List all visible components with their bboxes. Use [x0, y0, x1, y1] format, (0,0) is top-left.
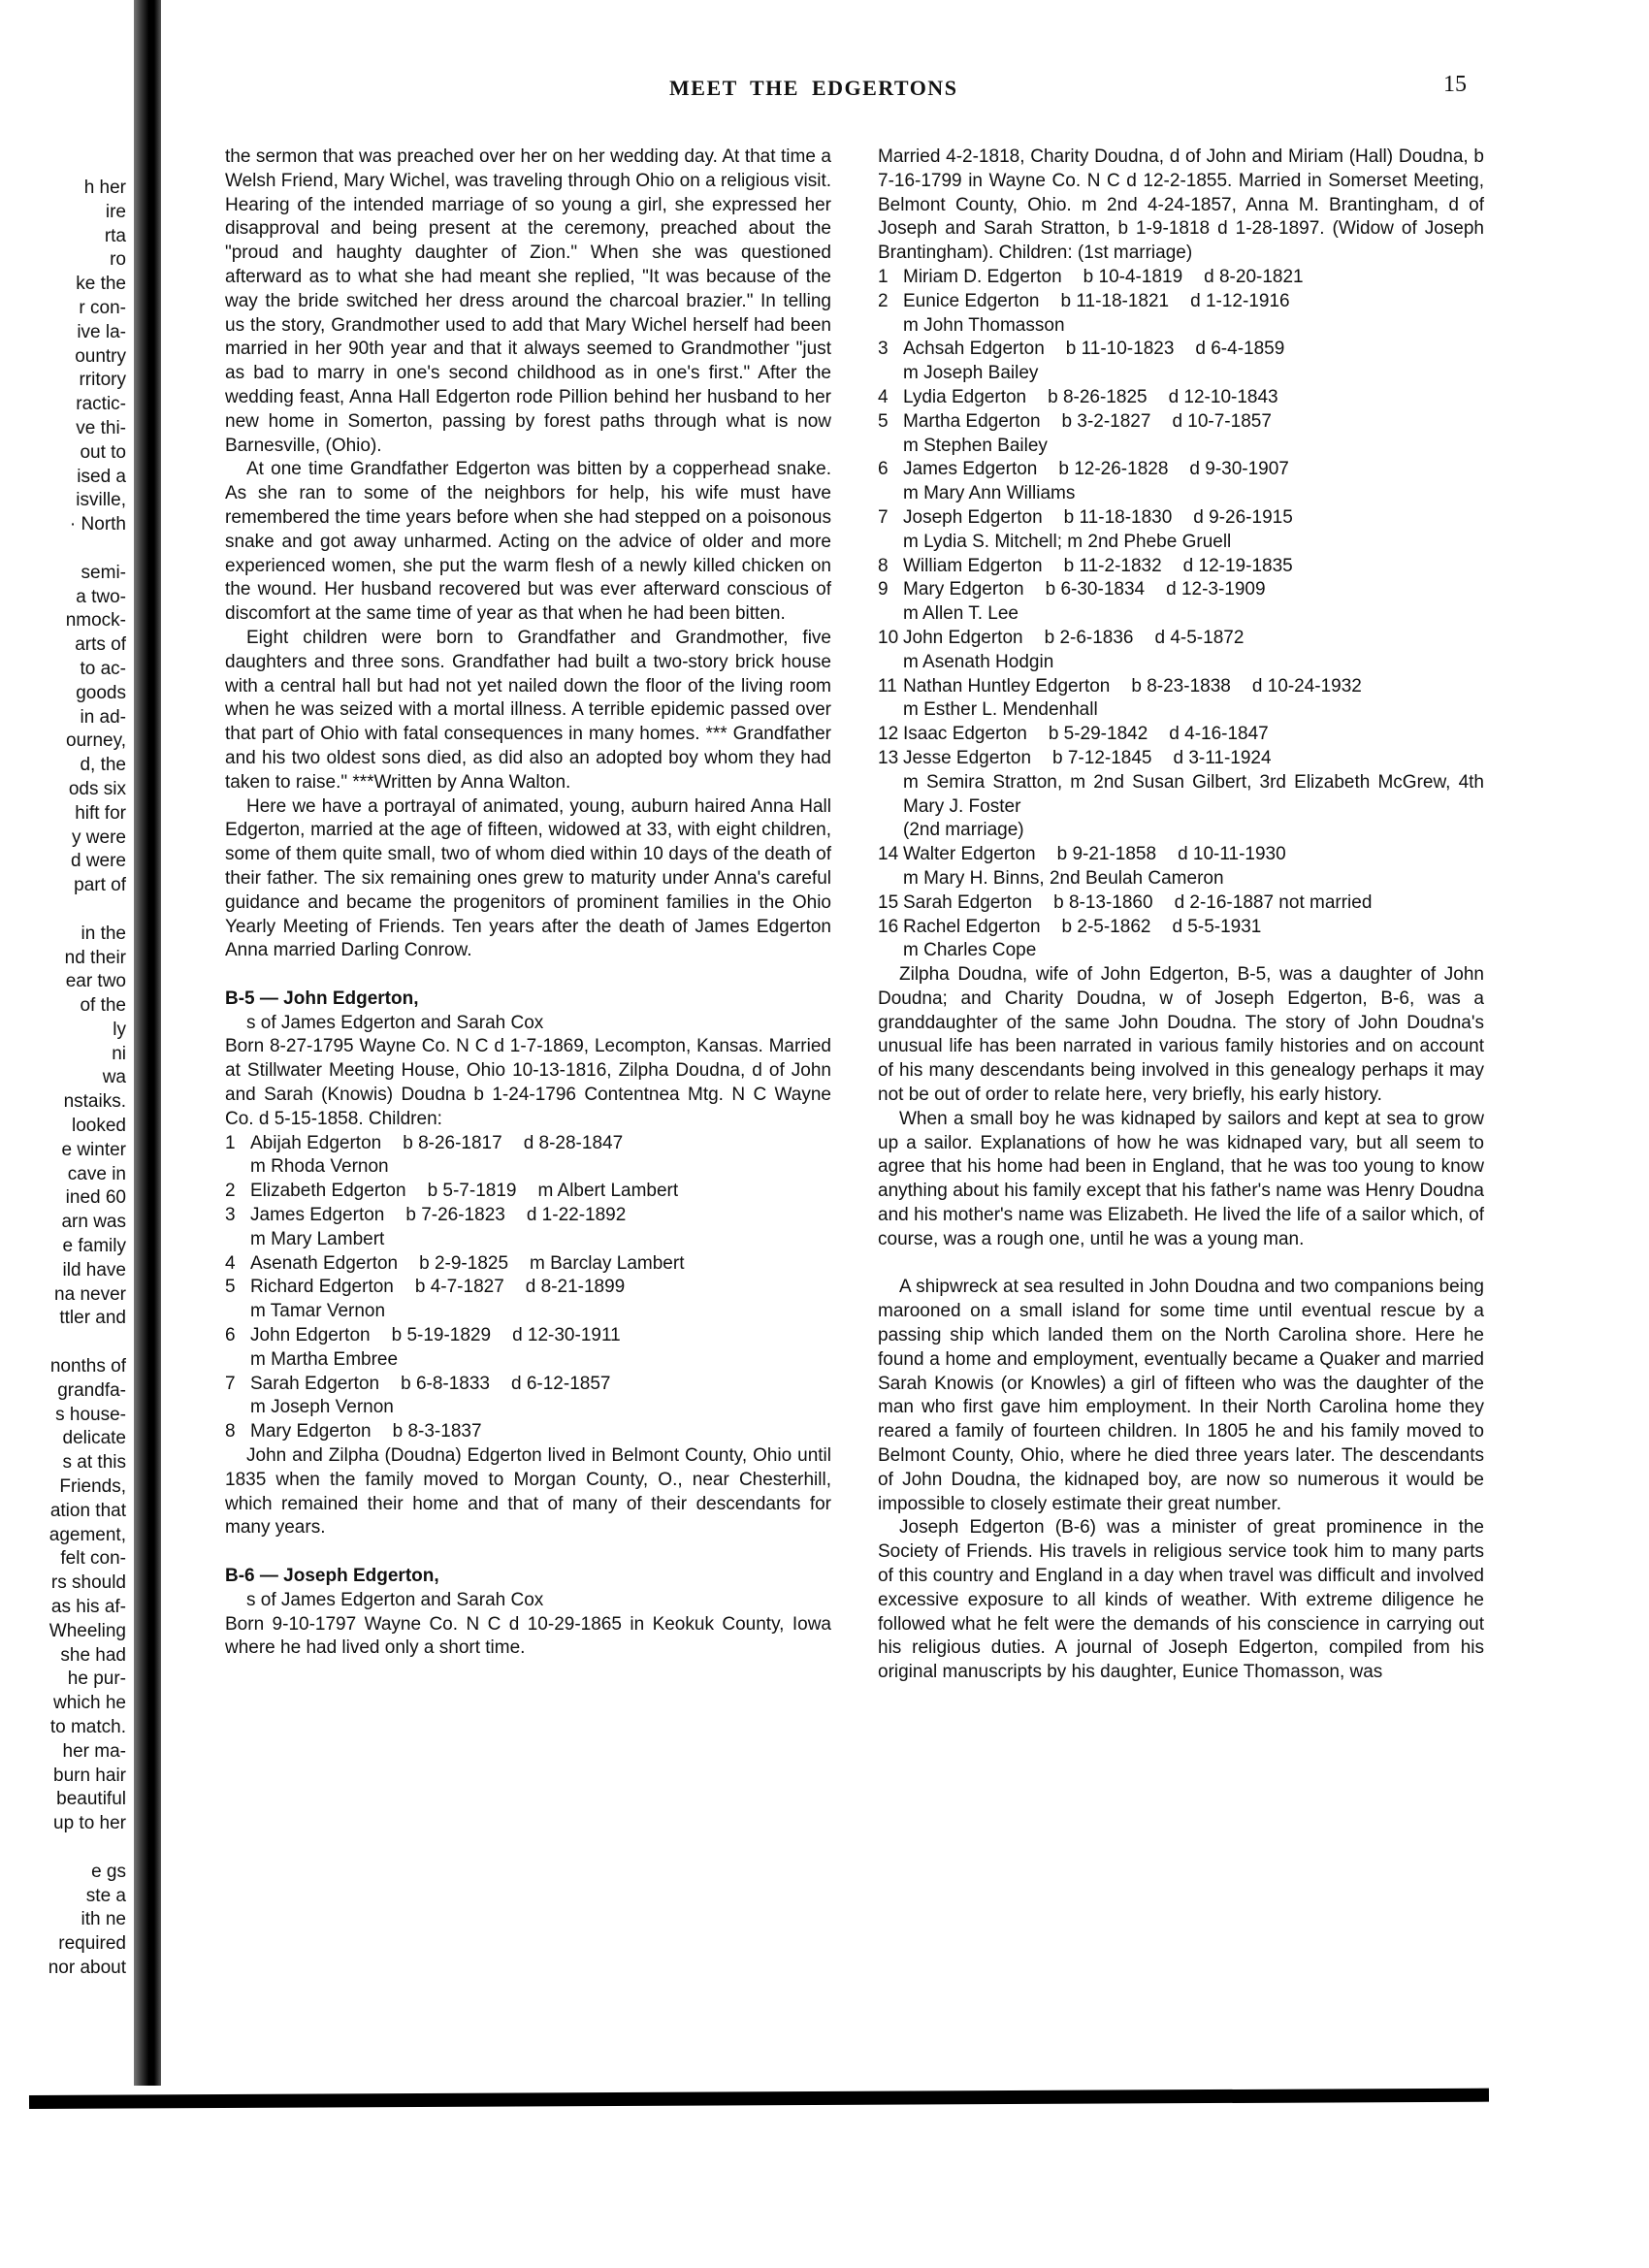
- child-spouse: m Allen T. Lee: [878, 602, 1484, 627]
- margin-fragment: ni: [0, 1043, 126, 1067]
- margin-fragment: burn hair: [0, 1765, 126, 1789]
- child-entry: 4Asenath Edgertonb 2-9-1825m Barclay Lam…: [225, 1252, 831, 1277]
- child-death-date: d 8-21-1899: [526, 1276, 625, 1300]
- running-head-title: MEET THE EDGERTONS: [669, 76, 957, 101]
- child-birth-date: b 11-18-1821: [1061, 290, 1170, 314]
- child-entry: 5Martha Edgertonb 3-2-1827d 10-7-1857: [878, 410, 1484, 435]
- child-death-date: d 5-5-1931: [1172, 916, 1261, 940]
- bottom-rule-line: [29, 2089, 1489, 2109]
- margin-fragment: goods: [0, 682, 126, 706]
- margin-fragment: ild have: [0, 1259, 126, 1283]
- child-name: Richard Edgerton: [250, 1276, 394, 1300]
- margin-fragment: felt con-: [0, 1547, 126, 1571]
- child-entry: 3James Edgertonb 7-26-1823d 1-22-1892: [225, 1204, 831, 1228]
- margin-fragment: rritory: [0, 369, 126, 393]
- margin-fragment: ve thi-: [0, 417, 126, 441]
- margin-fragment: arn was: [0, 1211, 126, 1235]
- margin-fragment: Friends,: [0, 1475, 126, 1500]
- child-entry: 10John Edgertonb 2-6-1836d 4-5-1872: [878, 627, 1484, 651]
- child-number: 15: [878, 891, 903, 916]
- child-name: Achsah Edgerton: [903, 338, 1045, 362]
- child-name: Mary Edgerton: [250, 1420, 372, 1444]
- child-number: 11: [878, 675, 903, 699]
- child-death-date: d 3-11-1924: [1174, 747, 1272, 771]
- child-spouse: m Stephen Bailey: [878, 435, 1484, 459]
- margin-fragment: Wheeling: [0, 1620, 126, 1644]
- margin-fragment: in ad-: [0, 706, 126, 730]
- section-b6: B-6 — Joseph Edgerton, s of James Edgert…: [225, 1565, 831, 1661]
- margin-fragment: in the: [0, 923, 126, 947]
- child-birth-date: b 9-21-1858: [1057, 843, 1156, 867]
- child-birth-date: b 11-2-1832: [1064, 555, 1162, 579]
- margin-fragment: as his af-: [0, 1596, 126, 1620]
- child-number: 16: [878, 916, 903, 940]
- children-paragraph: Eight children were born to Grandfather …: [225, 627, 831, 795]
- child-birth-date: b 2-9-1825: [419, 1252, 508, 1277]
- child-number: 1: [225, 1132, 250, 1156]
- page-number: 15: [1443, 72, 1467, 98]
- margin-fragment: grandfa-: [0, 1379, 126, 1404]
- margin-fragment: na never: [0, 1283, 126, 1308]
- child-number: 6: [878, 458, 903, 482]
- margin-fragment: wa: [0, 1066, 126, 1090]
- margin-fragment: arts of: [0, 633, 126, 658]
- child-name: John Edgerton: [903, 627, 1023, 651]
- child-name: Mary Edgerton: [903, 578, 1024, 602]
- margin-fragment: a two-: [0, 586, 126, 610]
- child-birth-date: b 8-26-1817: [403, 1132, 501, 1156]
- child-number: 4: [225, 1252, 250, 1277]
- child-death-date: d 10-7-1857: [1172, 410, 1271, 435]
- child-name: Rachel Edgerton: [903, 916, 1041, 940]
- child-birth-date: b 4-7-1827: [415, 1276, 504, 1300]
- margin-fragment: to match.: [0, 1716, 126, 1740]
- margin-fragment: isville,: [0, 489, 126, 513]
- child-spouse: m John Thomasson: [878, 314, 1484, 339]
- margin-fragment: ation that: [0, 1500, 126, 1524]
- child-death-date: d 8-28-1847: [524, 1132, 623, 1156]
- child-name: Isaac Edgerton: [903, 723, 1027, 747]
- child-number: 13: [878, 747, 903, 771]
- child-birth-date: b 2-6-1836: [1045, 627, 1134, 651]
- child-entry: 8Mary Edgertonb 8-3-1837: [225, 1420, 831, 1444]
- child-entry: 11Nathan Huntley Edgertonb 8-23-1838d 10…: [878, 675, 1484, 699]
- child-death-date: d 6-4-1859: [1195, 338, 1284, 362]
- child-death-date: d 12-30-1911: [512, 1324, 621, 1348]
- second-marriage-label: (2nd marriage): [878, 819, 1484, 843]
- margin-fragment: [0, 1331, 126, 1355]
- margin-fragment: d, the: [0, 754, 126, 778]
- child-spouse: m Joseph Vernon: [225, 1396, 831, 1420]
- joseph-ministry-paragraph: Joseph Edgerton (B-6) was a minister of …: [878, 1516, 1484, 1685]
- margin-fragment: ractic-: [0, 393, 126, 417]
- margin-fragment: cave in: [0, 1163, 126, 1187]
- margin-fragment: e gs: [0, 1861, 126, 1885]
- b6-parents: s of James Edgerton and Sarah Cox: [225, 1589, 831, 1613]
- margin-fragment: nmock-: [0, 609, 126, 633]
- shipwreck-paragraph: A shipwreck at sea resulted in John Doud…: [878, 1276, 1484, 1516]
- margin-fragment: [0, 537, 126, 562]
- b5-children-list: 1Abijah Edgertonb 8-26-1817d 8-28-1847m …: [225, 1132, 831, 1444]
- margin-fragment: h her: [0, 177, 126, 201]
- child-entry: 14Walter Edgertonb 9-21-1858d 10-11-1930: [878, 843, 1484, 867]
- margin-fragment: ire: [0, 201, 126, 225]
- child-name: Miriam D. Edgerton: [903, 266, 1062, 290]
- child-entry: 5Richard Edgertonb 4-7-1827d 8-21-1899: [225, 1276, 831, 1300]
- child-name: Joseph Edgerton: [903, 506, 1043, 531]
- child-number: 7: [225, 1373, 250, 1397]
- margin-fragment: ke the: [0, 273, 126, 297]
- margin-fragment: ined 60: [0, 1186, 126, 1211]
- margin-fragment: d were: [0, 850, 126, 874]
- child-number: 1: [878, 266, 903, 290]
- child-entry: 8William Edgertonb 11-2-1832d 12-19-1835: [878, 555, 1484, 579]
- child-birth-date: b 8-3-1837: [393, 1420, 482, 1444]
- margin-fragment: he pur-: [0, 1668, 126, 1692]
- child-birth-date: b 8-26-1825: [1048, 386, 1147, 410]
- section-heading-b6: B-6 — Joseph Edgerton,: [225, 1565, 831, 1589]
- margin-fragment: s at this: [0, 1451, 126, 1475]
- margin-fragment: [0, 898, 126, 923]
- child-number: 14: [878, 843, 903, 867]
- child-name: Martha Edgerton: [903, 410, 1041, 435]
- child-number: 3: [878, 338, 903, 362]
- child-death-date: d 8-20-1821: [1204, 266, 1303, 290]
- margin-fragment: out to: [0, 441, 126, 466]
- margin-fragment: y were: [0, 826, 126, 851]
- child-name: Asenath Edgerton: [250, 1252, 398, 1277]
- child-death-date: m Albert Lambert: [537, 1180, 678, 1204]
- child-death-date: m Barclay Lambert: [530, 1252, 684, 1277]
- child-birth-date: b 7-26-1823: [405, 1204, 504, 1228]
- child-birth-date: b 3-2-1827: [1062, 410, 1151, 435]
- child-name: John Edgerton: [250, 1324, 371, 1348]
- margin-fragment: of the: [0, 994, 126, 1019]
- child-name: Lydia Edgerton: [903, 386, 1026, 410]
- child-spouse: m Lydia S. Mitchell; m 2nd Phebe Gruell: [878, 531, 1484, 555]
- child-name: Elizabeth Edgerton: [250, 1180, 406, 1204]
- child-number: 10: [878, 627, 903, 651]
- b5-details: Born 8-27-1795 Wayne Co. N C d 1-7-1869,…: [225, 1035, 831, 1131]
- margin-fragment: nd their: [0, 947, 126, 971]
- child-number: 2: [225, 1180, 250, 1204]
- kidnap-paragraph: When a small boy he was kidnaped by sail…: [878, 1108, 1484, 1252]
- child-number: 8: [225, 1420, 250, 1444]
- margin-fragment: delicate: [0, 1427, 126, 1451]
- b6-marriage-details: Married 4-2-1818, Charity Doudna, d of J…: [878, 146, 1484, 266]
- child-number: 9: [878, 578, 903, 602]
- margin-fragment: which he: [0, 1692, 126, 1716]
- child-birth-date: b 7-12-1845: [1052, 747, 1151, 771]
- margin-fragment: e family: [0, 1235, 126, 1259]
- section-heading-b5: B-5 — John Edgerton,: [225, 988, 831, 1012]
- child-name: Abijah Edgerton: [250, 1132, 381, 1156]
- margin-fragment: ourney,: [0, 729, 126, 754]
- child-spouse: m Mary H. Binns, 2nd Beulah Cameron: [878, 867, 1484, 891]
- child-entry: 1Miriam D. Edgertonb 10-4-1819d 8-20-182…: [878, 266, 1484, 290]
- child-birth-date: b 12-26-1828: [1058, 458, 1168, 482]
- adjacent-page-margin-fragments: h herirertaroke ther con-ive la-ountryrr…: [0, 177, 126, 1981]
- margin-fragment: ountry: [0, 345, 126, 370]
- child-entry: 3Achsah Edgertonb 11-10-1823d 6-4-1859: [878, 338, 1484, 362]
- child-spouse: m Mary Ann Williams: [878, 482, 1484, 506]
- child-name: Sarah Edgerton: [903, 891, 1032, 916]
- margin-fragment: nonths of: [0, 1355, 126, 1379]
- margin-fragment: e winter: [0, 1139, 126, 1163]
- zilpha-paragraph: Zilpha Doudna, wife of John Edgerton, B-…: [878, 963, 1484, 1108]
- child-number: 2: [878, 290, 903, 314]
- margin-fragment: beautiful: [0, 1788, 126, 1812]
- b6-children-list: 1Miriam D. Edgertonb 10-4-1819d 8-20-182…: [878, 266, 1484, 819]
- left-column: the sermon that was preached over her on…: [225, 146, 831, 1661]
- child-death-date: d 1-22-1892: [527, 1204, 626, 1228]
- child-spouse: m Martha Embree: [225, 1348, 831, 1373]
- margin-fragment: she had: [0, 1644, 126, 1669]
- child-birth-date: b 6-8-1833: [401, 1373, 490, 1397]
- margin-fragment: ro: [0, 248, 126, 273]
- child-entry: 13Jesse Edgertonb 7-12-1845d 3-11-1924: [878, 747, 1484, 771]
- child-birth-date: b 8-13-1860: [1053, 891, 1152, 916]
- child-number: 8: [878, 555, 903, 579]
- child-death-date: d 10-11-1930: [1178, 843, 1286, 867]
- child-entry: 9Mary Edgertonb 6-30-1834d 12-3-1909: [878, 578, 1484, 602]
- child-death-date: d 6-12-1857: [511, 1373, 610, 1397]
- child-death-date: d 9-26-1915: [1193, 506, 1292, 531]
- snake-paragraph: At one time Grandfather Edgerton was bit…: [225, 458, 831, 627]
- child-spouse: m Charles Cope: [878, 939, 1484, 963]
- child-entry: 16Rachel Edgertonb 2-5-1862d 5-5-1931: [878, 916, 1484, 940]
- book-spine-shadow: [134, 0, 161, 2086]
- child-number: 5: [878, 410, 903, 435]
- child-name: James Edgerton: [903, 458, 1037, 482]
- margin-fragment: to ac-: [0, 658, 126, 682]
- child-entry: 2Eunice Edgertonb 11-18-1821d 1-12-1916: [878, 290, 1484, 314]
- margin-fragment: · North: [0, 513, 126, 537]
- child-entry: 6John Edgertonb 5-19-1829d 12-30-1911: [225, 1324, 831, 1348]
- child-name: James Edgerton: [250, 1204, 384, 1228]
- section-b5: B-5 — John Edgerton, s of James Edgerton…: [225, 988, 831, 1540]
- child-number: 3: [225, 1204, 250, 1228]
- portrayal-paragraph: Here we have a portrayal of animated, yo…: [225, 795, 831, 964]
- margin-fragment: ods six: [0, 778, 126, 802]
- margin-fragment: rta: [0, 225, 126, 249]
- margin-fragment: ive la-: [0, 321, 126, 345]
- child-number: 6: [225, 1324, 250, 1348]
- child-name: Eunice Edgerton: [903, 290, 1040, 314]
- child-number: 4: [878, 386, 903, 410]
- child-birth-date: b 11-10-1823: [1066, 338, 1175, 362]
- margin-fragment: ith ne: [0, 1908, 126, 1932]
- child-spouse: m Semira Stratton, m 2nd Susan Gilbert, …: [878, 771, 1484, 820]
- margin-fragment: part of: [0, 874, 126, 898]
- margin-fragment: nstaiks.: [0, 1090, 126, 1115]
- child-spouse: m Mary Lambert: [225, 1228, 831, 1252]
- margin-fragment: ly: [0, 1019, 126, 1043]
- child-name: Nathan Huntley Edgerton: [903, 675, 1110, 699]
- margin-fragment: r con-: [0, 297, 126, 321]
- margin-fragment: semi-: [0, 562, 126, 586]
- margin-fragment: s house-: [0, 1404, 126, 1428]
- child-spouse: m Esther L. Mendenhall: [878, 698, 1484, 723]
- margin-fragment: required: [0, 1932, 126, 1957]
- child-death-date: d 2-16-1887 not married: [1175, 891, 1373, 916]
- child-number: 5: [225, 1276, 250, 1300]
- child-number: 12: [878, 723, 903, 747]
- child-death-date: d 12-19-1835: [1183, 555, 1293, 579]
- child-number: 7: [878, 506, 903, 531]
- b6-details: Born 9-10-1797 Wayne Co. N C d 10-29-186…: [225, 1613, 831, 1662]
- child-entry: 6James Edgertonb 12-26-1828d 9-30-1907: [878, 458, 1484, 482]
- child-death-date: d 4-16-1847: [1169, 723, 1268, 747]
- child-entry: 12Isaac Edgertonb 5-29-1842d 4-16-1847: [878, 723, 1484, 747]
- child-name: Jesse Edgerton: [903, 747, 1031, 771]
- child-spouse: m Joseph Bailey: [878, 362, 1484, 386]
- child-birth-date: b 11-18-1830: [1064, 506, 1173, 531]
- child-name: Sarah Edgerton: [250, 1373, 379, 1397]
- child-birth-date: b 5-7-1819: [428, 1180, 517, 1204]
- child-entry: 15Sarah Edgertonb 8-13-1860d 2-16-1887 n…: [878, 891, 1484, 916]
- child-entry: 7Joseph Edgertonb 11-18-1830d 9-26-1915: [878, 506, 1484, 531]
- margin-fragment: hift for: [0, 802, 126, 826]
- child-entry: 7Sarah Edgertonb 6-8-1833d 6-12-1857: [225, 1373, 831, 1397]
- margin-fragment: ised a: [0, 466, 126, 490]
- child-spouse: m Rhoda Vernon: [225, 1155, 831, 1180]
- child-entry: 2Elizabeth Edgertonb 5-7-1819m Albert La…: [225, 1180, 831, 1204]
- child-birth-date: b 8-23-1838: [1131, 675, 1230, 699]
- child-death-date: d 4-5-1872: [1155, 627, 1245, 651]
- margin-fragment: [0, 1836, 126, 1861]
- child-name: Walter Edgerton: [903, 843, 1036, 867]
- child-birth-date: b 2-5-1862: [1062, 916, 1151, 940]
- margin-fragment: ste a: [0, 1885, 126, 1909]
- child-death-date: d 1-12-1916: [1190, 290, 1289, 314]
- margin-fragment: ttler and: [0, 1307, 126, 1331]
- child-birth-date: b 10-4-1819: [1083, 266, 1182, 290]
- child-birth-date: b 5-19-1829: [392, 1324, 491, 1348]
- margin-fragment: ear two: [0, 970, 126, 994]
- margin-fragment: nor about: [0, 1957, 126, 1981]
- child-entry: 1Abijah Edgertonb 8-26-1817d 8-28-1847: [225, 1132, 831, 1156]
- opening-paragraph: the sermon that was preached over her on…: [225, 146, 831, 458]
- margin-fragment: looked: [0, 1115, 126, 1139]
- child-death-date: d 9-30-1907: [1189, 458, 1288, 482]
- margin-fragment: her ma-: [0, 1740, 126, 1765]
- margin-fragment: up to her: [0, 1812, 126, 1836]
- margin-fragment: agement,: [0, 1524, 126, 1548]
- child-death-date: d 12-10-1843: [1169, 386, 1278, 410]
- margin-fragment: rs should: [0, 1571, 126, 1596]
- child-name: William Edgerton: [903, 555, 1043, 579]
- child-birth-date: b 6-30-1834: [1046, 578, 1145, 602]
- child-entry: 4Lydia Edgertonb 8-26-1825d 12-10-1843: [878, 386, 1484, 410]
- child-birth-date: b 5-29-1842: [1049, 723, 1148, 747]
- child-death-date: d 10-24-1932: [1252, 675, 1362, 699]
- child-spouse: m Tamar Vernon: [225, 1300, 831, 1324]
- right-column: Married 4-2-1818, Charity Doudna, d of J…: [878, 146, 1484, 1685]
- b5-parents: s of James Edgerton and Sarah Cox: [225, 1012, 831, 1036]
- b5-closing-paragraph: John and Zilpha (Doudna) Edgerton lived …: [225, 1444, 831, 1540]
- child-spouse: m Asenath Hodgin: [878, 651, 1484, 675]
- b6-children-second-marriage-list: 14Walter Edgertonb 9-21-1858d 10-11-1930…: [878, 843, 1484, 963]
- child-death-date: d 12-3-1909: [1166, 578, 1265, 602]
